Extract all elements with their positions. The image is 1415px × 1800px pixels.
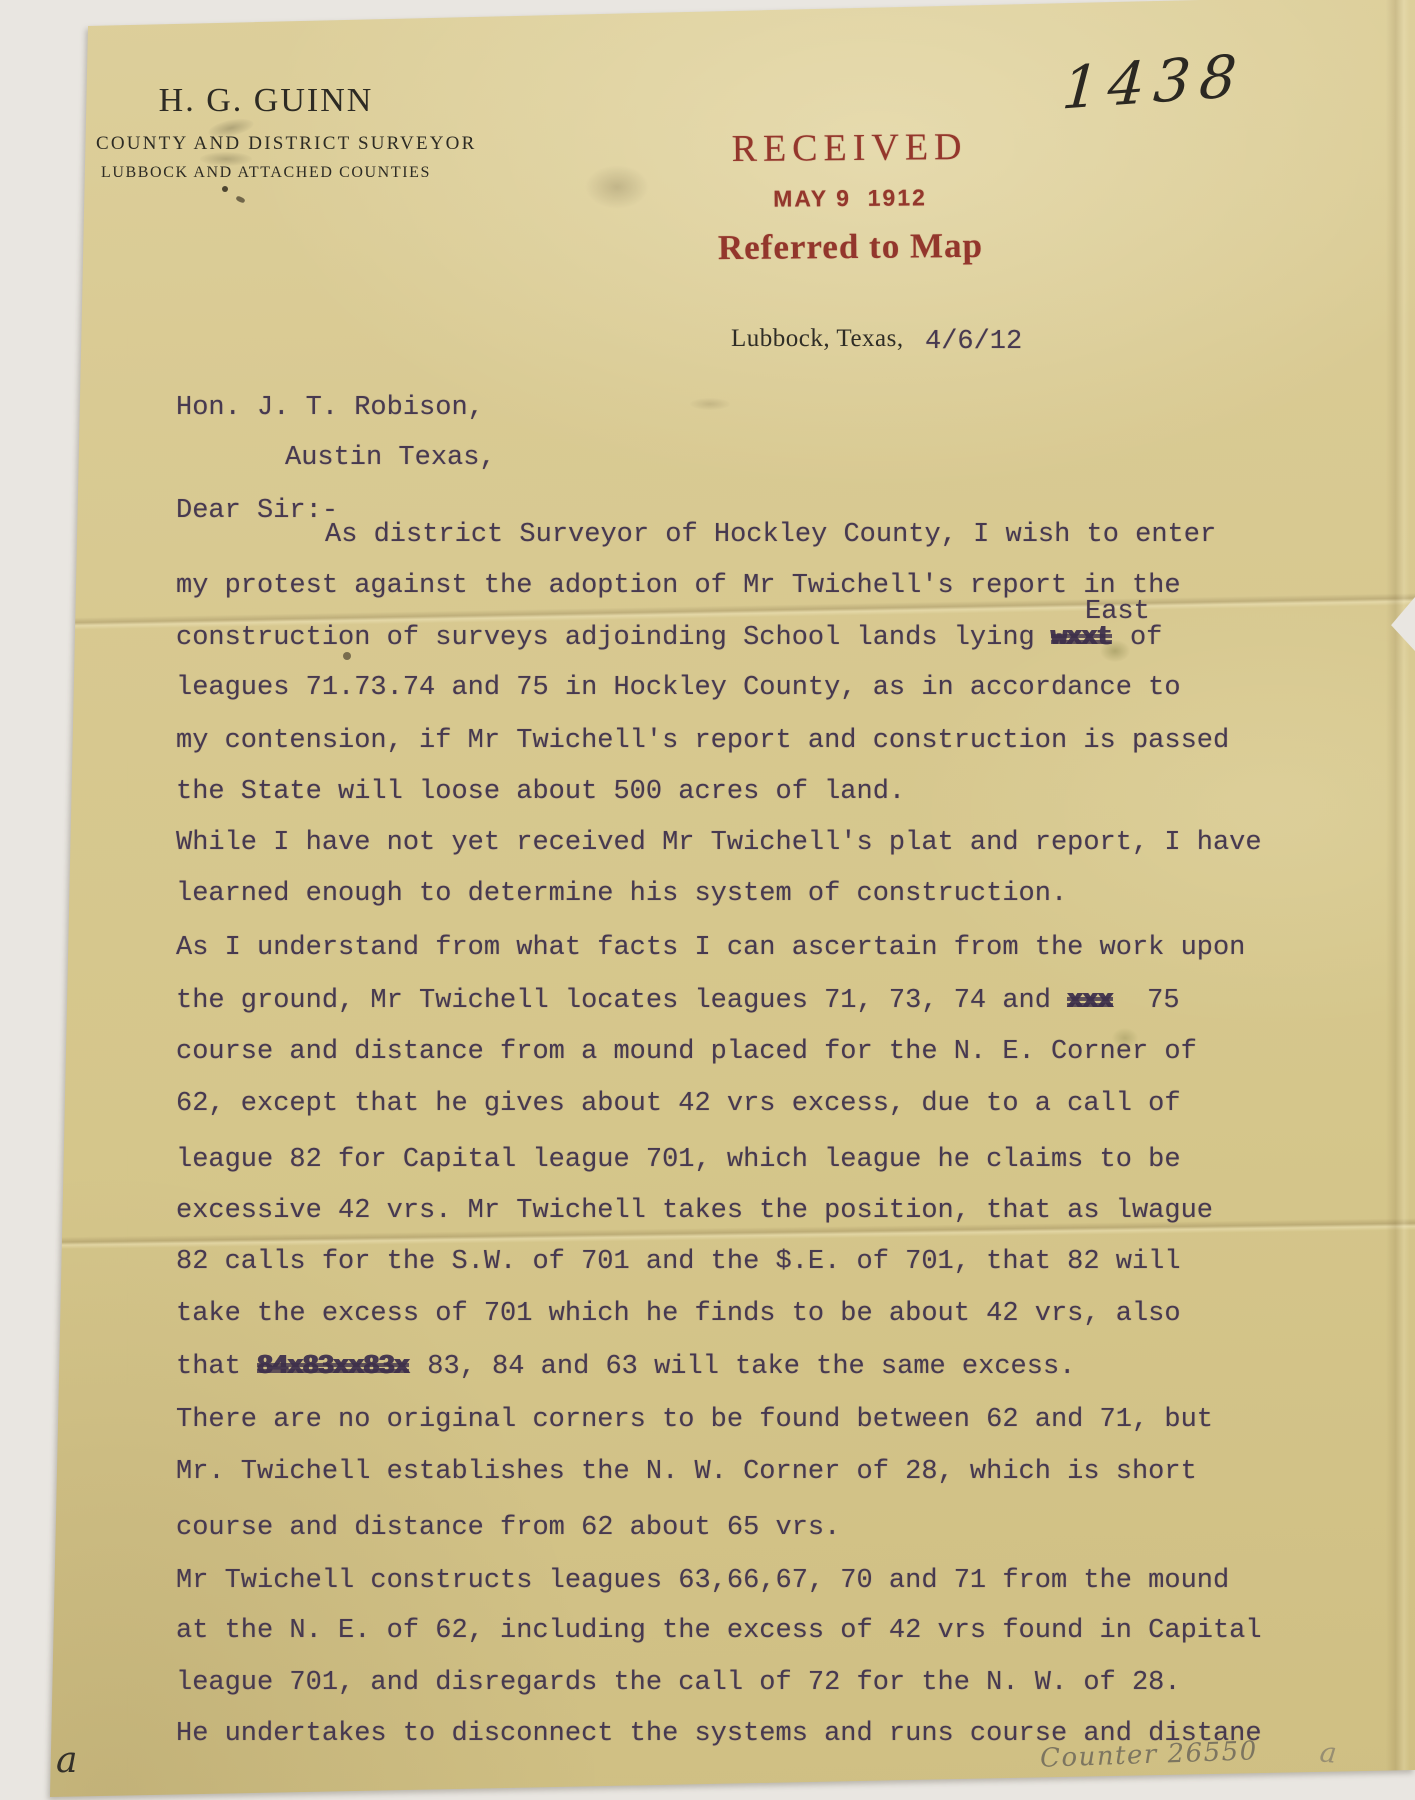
typed-line: As district Surveyor of Hockley County, … [325,521,1216,551]
typed-line: There are no original corners to be foun… [176,1406,1213,1436]
struck-out-text: 84x83xx83x [257,1352,409,1382]
letterhead-title: COUNTY AND DISTRICT SURVEYOR [96,133,436,155]
handwritten-corner-mark-right: a [1318,1735,1338,1770]
typed-line: Mr Twichell constructs leagues 63,66,67,… [176,1567,1229,1597]
typed-line: While I have not yet received Mr Twichel… [176,829,1262,859]
struck-out-text: xxx [1067,986,1113,1016]
letter-paper: H. G. GUINN COUNTY AND DISTRICT SURVEYOR… [0,0,1415,1800]
dateline-place: Lubbock, Texas, [731,325,904,353]
smudge-stain [690,398,730,410]
typed-line: my protest against the adoption of Mr Tw… [176,572,1181,602]
smudge-stain [585,165,649,209]
handwritten-counter-number: Counter 26550 [1040,1736,1259,1774]
ink-speck [235,195,245,203]
stamp-received-text: RECEIVED [659,124,1039,171]
stamp-referred-text: Referred to Map [660,225,1040,268]
typed-line: 62, except that he gives about 42 vrs ex… [176,1090,1181,1120]
typed-line: leagues 71.73.74 and 75 in Hockley Count… [176,674,1181,704]
typed-line: course and distance from 62 about 65 vrs… [176,1514,840,1544]
typed-line: learned enough to determine his system o… [176,880,1067,910]
typed-line: the ground, Mr Twichell locates leagues … [176,987,1180,1017]
vertical-crease [1386,0,1410,1800]
typed-line: course and distance from a mound placed … [176,1038,1197,1068]
typed-line: my contension, if Mr Twichell's report a… [176,727,1229,757]
typed-line: Dear Sir:- [176,497,338,527]
typed-line: at the N. E. of 62, including the excess… [176,1617,1262,1647]
dateline-date: 4/6/12 [925,328,1022,358]
typed-line: take the excess of 701 which he finds to… [176,1300,1181,1330]
typed-line: 82 calls for the S.W. of 701 and the $.E… [176,1248,1181,1278]
struck-out-text: wxxt [1051,623,1112,653]
letterhead: H. G. GUINN COUNTY AND DISTRICT SURVEYOR… [96,82,436,182]
ink-speck [222,186,228,192]
received-stamp: RECEIVED MAY 9 1912 Referred to Map [659,124,1040,268]
document-scan: H. G. GUINN COUNTY AND DISTRICT SURVEYOR… [0,0,1415,1800]
typed-line: Hon. J. T. Robison, [176,394,484,424]
stamp-date-text: MAY 9 1912 [660,183,1040,213]
typed-line: construction of surveys adjoinding Schoo… [176,624,1162,654]
typed-line: that 84x83xx83x 83, 84 and 63 will take … [176,1353,1075,1383]
handwritten-corner-mark-left: a [56,1740,77,1781]
letterhead-counties: LUBBOCK AND ATTACHED COUNTIES [96,164,436,182]
typed-line: Mr. Twichell establishes the N. W. Corne… [176,1458,1197,1488]
paper-shadow: H. G. GUINN COUNTY AND DISTRICT SURVEYOR… [0,0,1415,1800]
typed-line: league 701, and disregards the call of 7… [176,1669,1181,1699]
handwritten-file-number: 1438 [1060,41,1248,122]
typed-line: Austin Texas, [285,444,496,474]
typed-line: the State will loose about 500 acres of … [176,778,905,808]
typed-line: excessive 42 vrs. Mr Twichell takes the … [176,1197,1213,1227]
letterhead-name: H. G. GUINN [96,82,436,120]
typed-line: league 82 for Capital league 701, which … [176,1146,1181,1176]
typed-line: As I understand from what facts I can as… [176,934,1245,964]
